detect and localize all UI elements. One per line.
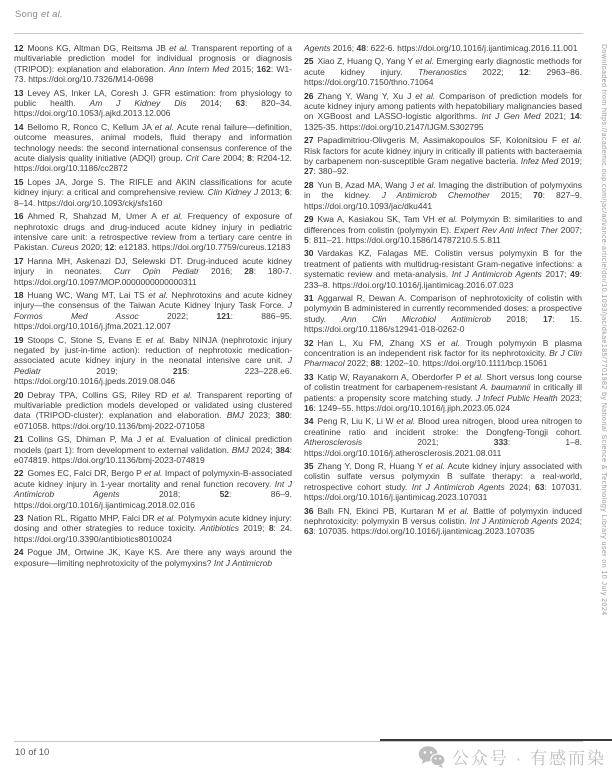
doi-link[interactable]: https://doi.org/10.2147/IJGM.S302795 bbox=[340, 122, 484, 132]
watermark-text: 公众号 · 有感而染 bbox=[452, 744, 606, 769]
download-notice: Downloaded from https://academic.oup.com… bbox=[600, 44, 607, 744]
reference-item-31: 31Aggarwal R, Dewan A. Comparison of nep… bbox=[304, 293, 582, 335]
reference-number: 17 bbox=[14, 256, 27, 266]
doi-link[interactable]: https://doi.org/10.7150/thno.71064 bbox=[304, 77, 434, 87]
reference-number: 13 bbox=[14, 88, 27, 98]
reference-item-23: 23Nation RL, Rigatto MHP, Falci DR et al… bbox=[14, 513, 292, 544]
doi-link[interactable]: https://doi.org/10.1111/bcp.15061 bbox=[423, 358, 548, 368]
doi-link[interactable]: https://doi.org/10.7759/cureus.12183 bbox=[152, 242, 290, 252]
reference-item-34: 34Peng R, Liu K, Li W et al. Blood urea … bbox=[304, 416, 582, 458]
reference-item-33: 33Katip W, Rayanakorn A, Oberdorfer P et… bbox=[304, 372, 582, 414]
reference-number: 12 bbox=[14, 43, 27, 53]
reference-item-19: 19Stoops C, Stone S, Evans E et al. Baby… bbox=[14, 335, 292, 387]
reference-item-26: 26Zhang Y, Wang Y, Xu J et al. Compariso… bbox=[304, 91, 582, 133]
reference-item-22: 22Gomes EC, Falci DR, Bergo P et al. Imp… bbox=[14, 468, 292, 510]
running-header-etal: et al. bbox=[41, 9, 63, 20]
reference-number: 31 bbox=[304, 293, 317, 303]
reference-item-28: 28Yun B, Azad MA, Wang J et al. Imaging … bbox=[304, 180, 582, 211]
doi-link[interactable]: https://doi.org/10.1016/j.ijantimicag.20… bbox=[332, 280, 513, 290]
doi-link[interactable]: https://doi.org/10.1586/14787210.5.5.811 bbox=[346, 235, 501, 245]
document-page: Songet al. 12Moons KG, Altman DG, Reitsm… bbox=[0, 0, 612, 772]
reference-number: 32 bbox=[304, 338, 317, 348]
references-section: 12Moons KG, Altman DG, Reitsma JB et al.… bbox=[14, 43, 583, 571]
reference-number: 34 bbox=[304, 416, 317, 426]
doi-link[interactable]: https://doi.org/10.7326/M14-0698 bbox=[28, 74, 153, 84]
wechat-icon bbox=[418, 745, 445, 768]
reference-number: 23 bbox=[14, 513, 27, 523]
doi-link[interactable]: https://doi.org/10.1093/ckj/sfs160 bbox=[38, 198, 163, 208]
reference-number: 26 bbox=[304, 91, 317, 101]
reference-item-25: 25Xiao Z, Huang Q, Yang Y et al. Emergin… bbox=[304, 56, 582, 87]
doi-link[interactable]: https://doi.org/10.1016/j.ijantimicag.20… bbox=[351, 526, 534, 536]
reference-item-30: 30Vardakas KZ, Falagas ME. Colistin vers… bbox=[304, 248, 582, 290]
doi-link[interactable]: https://doi.org/10.1097/MOP.000000000000… bbox=[14, 277, 197, 287]
reference-item-20: 20Debray TPA, Collins GS, Riley RD et al… bbox=[14, 390, 292, 432]
reference-item-12: 12Moons KG, Altman DG, Reitsma JB et al.… bbox=[14, 43, 292, 85]
reference-number: 14 bbox=[14, 122, 27, 132]
references-column-left: 12Moons KG, Altman DG, Reitsma JB et al.… bbox=[14, 43, 292, 571]
doi-link[interactable]: https://doi.org/10.1016/j.atherosclerosi… bbox=[304, 448, 501, 458]
running-header-authors: Song bbox=[15, 9, 38, 20]
reference-number: 21 bbox=[14, 434, 27, 444]
reference-item-35: 35Zhang Y, Dong R, Huang Y et al. Acute … bbox=[304, 461, 582, 503]
reference-item-18: 18Huang WC, Wang MT, Lai TS et al. Nephr… bbox=[14, 290, 292, 332]
doi-link[interactable]: https://doi.org/10.1016/j.ijantimicag.20… bbox=[304, 492, 487, 502]
reference-item-13: 13Levey AS, Inker LA, Coresh J. GFR esti… bbox=[14, 88, 292, 119]
footer-dark-rule bbox=[380, 739, 612, 741]
reference-item-24: 24Pogue JM, Ortwine JK, Kaye KS. Are the… bbox=[14, 547, 292, 568]
doi-link[interactable]: https://doi.org/10.1093/jac/dku441 bbox=[304, 201, 432, 211]
footer-rule bbox=[14, 741, 583, 742]
doi-link[interactable]: https://doi.org/10.1016/j.jpeds.2019.08.… bbox=[14, 376, 175, 386]
reference-number: 18 bbox=[14, 290, 27, 300]
reference-item-32: 32Han L, Xu FM, Zhang XS et al. Trough p… bbox=[304, 338, 582, 369]
reference-number: 29 bbox=[304, 214, 317, 224]
reference-number: 22 bbox=[14, 468, 27, 478]
doi-link[interactable]: https://doi.org/10.1016/j.ijantimicag.20… bbox=[397, 43, 577, 53]
doi-link[interactable]: https://doi.org/10.1186/s12941-018-0262-… bbox=[304, 324, 465, 334]
reference-item-14: 14Bellomo R, Ronco C, Kellum JA et al. A… bbox=[14, 122, 292, 174]
reference-item-36: 36Ballı FN, Ekinci PB, Kurtaran M et al.… bbox=[304, 506, 582, 537]
doi-link[interactable]: https://doi.org/10.1016/j.jiph.2023.05.0… bbox=[356, 403, 510, 413]
reference-number: 19 bbox=[14, 335, 27, 345]
reference-number: 27 bbox=[304, 135, 317, 145]
reference-item-17: 17Hanna MH, Askenazi DJ, Selewski DT. Dr… bbox=[14, 256, 292, 287]
reference-item-16: 16Ahmed R, Shahzad M, Umer A et al. Freq… bbox=[14, 211, 292, 253]
reference-number: 35 bbox=[304, 461, 317, 471]
reference-number: 15 bbox=[14, 177, 27, 187]
reference-number: 24 bbox=[14, 547, 27, 557]
running-header: Songet al. bbox=[15, 9, 63, 20]
reference-item-27: 27Papadimitriou-Olivgeris M, Assimakopou… bbox=[304, 135, 582, 177]
doi-link[interactable]: https://doi.org/10.1016/j.ijantimicag.20… bbox=[14, 500, 195, 510]
reference-number: 25 bbox=[304, 56, 317, 66]
reference-number: 20 bbox=[14, 390, 27, 400]
reference-number: 28 bbox=[304, 180, 317, 190]
reference-number: 36 bbox=[304, 506, 317, 516]
doi-link[interactable]: https://doi.org/10.1016/j.jfma.2021.12.0… bbox=[14, 321, 171, 331]
doi-link[interactable]: https://doi.org/10.3390/antibiotics80100… bbox=[14, 534, 172, 544]
reference-item-continuation: Agents 2016; 48: 622-6. https://doi.org/… bbox=[304, 43, 582, 53]
doi-link[interactable]: https://doi.org/10.1136/bmj-2023-074819 bbox=[52, 455, 205, 465]
reference-number: 30 bbox=[304, 248, 317, 258]
doi-link[interactable]: https://doi.org/10.1053/j.ajkd.2013.12.0… bbox=[14, 108, 170, 118]
reference-item-29: 29Kwa A, Kasiakou SK, Tam VH et al. Poly… bbox=[304, 214, 582, 245]
references-column-right: Agents 2016; 48: 622-6. https://doi.org/… bbox=[304, 43, 582, 571]
doi-link[interactable]: https://doi.org/10.1186/cc2872 bbox=[14, 163, 128, 173]
reference-item-15: 15Lopes JA, Jorge S. The RIFLE and AKIN … bbox=[14, 177, 292, 208]
reference-item-21: 21Collins GS, Dhiman P, Ma J et al. Eval… bbox=[14, 434, 292, 465]
page-number: 10 of 10 bbox=[15, 747, 49, 758]
reference-number: 33 bbox=[304, 372, 317, 382]
doi-link[interactable]: https://doi.org/10.1136/bmj-2022-071058 bbox=[52, 421, 205, 431]
wechat-watermark: 公众号 · 有感而染 bbox=[418, 744, 606, 769]
reference-number: 16 bbox=[14, 211, 27, 221]
header-rule bbox=[14, 33, 583, 34]
